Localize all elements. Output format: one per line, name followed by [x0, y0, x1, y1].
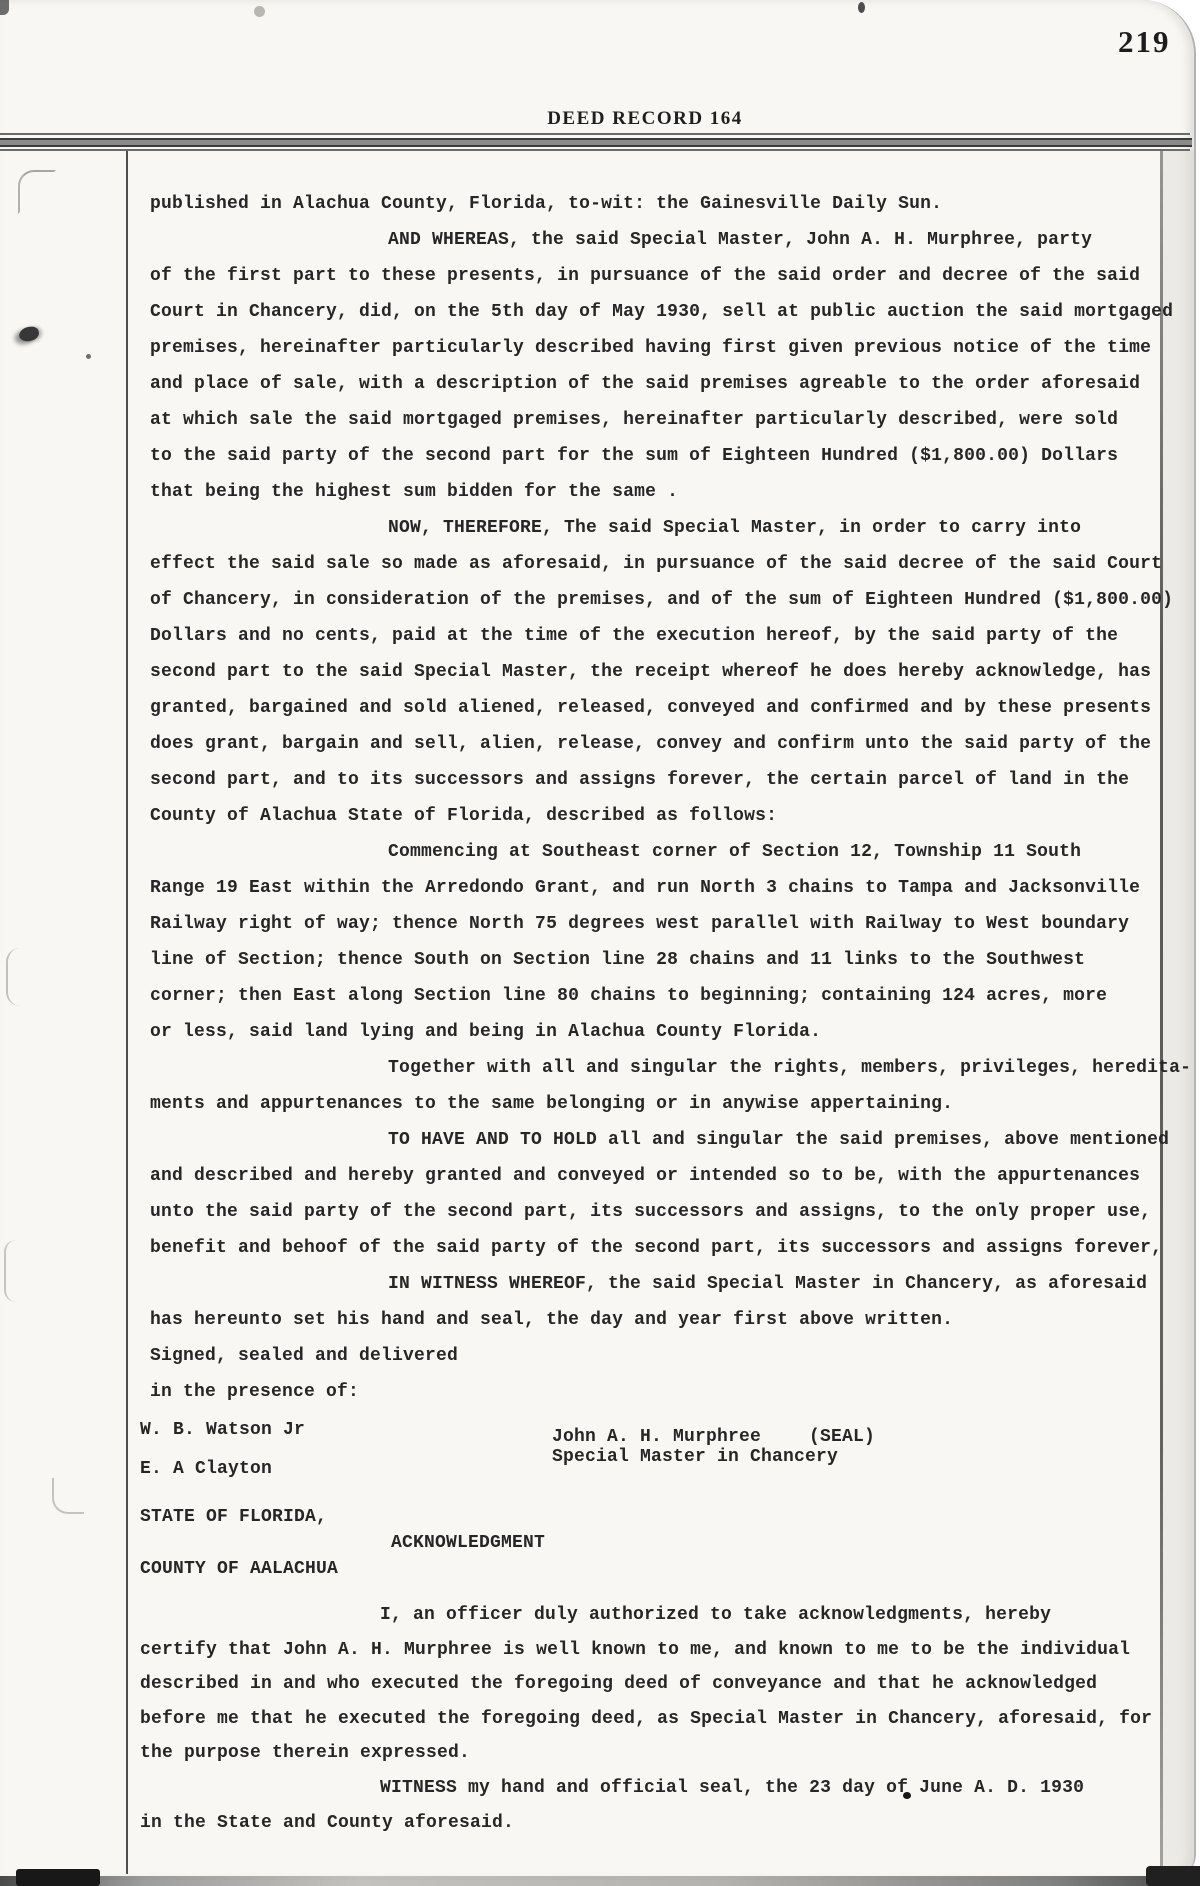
text-line: TO HAVE AND TO HOLD all and singular the… [150, 1122, 1190, 1158]
text-line: the purpose therein expressed. [140, 1736, 1190, 1771]
signer-signature-row: John A. H. Murphree(SEAL) [552, 1427, 875, 1447]
text-line: second part, and to its successors and a… [150, 762, 1190, 798]
text-line: IN WITNESS WHEREOF, the said Special Mas… [150, 1266, 1190, 1302]
text-line: Together with all and singular the right… [150, 1050, 1190, 1086]
text-line: AND WHEREAS, the said Special Master, Jo… [150, 222, 1190, 258]
document-body: published in Alachua County, Florida, to… [150, 186, 1190, 1840]
text-line: and place of sale, with a description of… [150, 366, 1190, 402]
text-line: to the said party of the second part for… [150, 438, 1190, 474]
text-line: I, an officer duly authorized to take ac… [140, 1598, 1190, 1633]
seal-label: (SEAL) [809, 1427, 875, 1447]
text-line: has hereunto set his hand and seal, the … [150, 1302, 1190, 1338]
text-line: Court in Chancery, did, on the 5th day o… [150, 294, 1190, 330]
signer-name: John A. H. Murphree [552, 1427, 761, 1447]
text-line: benefit and behoof of the said party of … [150, 1230, 1190, 1266]
text-line: of the first part to these presents, in … [150, 258, 1190, 294]
text-line: NOW, THEREFORE, The said Special Master,… [150, 510, 1190, 546]
text-line: line of Section; thence South on Section… [150, 942, 1190, 978]
text-line: corner; then East along Section line 80 … [150, 978, 1190, 1014]
text-line: or less, said land lying and being in Al… [150, 1014, 1190, 1050]
page-number: 219 [1118, 24, 1171, 60]
header-title: DEED RECORD 164 [95, 108, 1195, 130]
witness-signature-1: W. B. Watson Jr [140, 1418, 305, 1442]
signature-block: W. B. Watson Jr John A. H. Murphree(SEAL… [140, 1410, 1190, 1502]
text-line: granted, bargained and sold aliened, rel… [150, 690, 1190, 726]
state-line: STATE OF FLORIDA, [140, 1504, 1190, 1530]
text-line: described in and who executed the forego… [140, 1667, 1190, 1702]
county-line: COUNTY OF AALACHUA [140, 1556, 1190, 1582]
text-line: certify that John A. H. Murphree is well… [140, 1633, 1190, 1668]
text-line: WITNESS my hand and official seal, the 2… [140, 1771, 1190, 1806]
header-rule-top [0, 133, 1190, 135]
text-line: in the State and County aforesaid. [140, 1806, 1190, 1841]
text-line: Dollars and no cents, paid at the time o… [150, 618, 1190, 654]
text-line: of Chancery, in consideration of the pre… [150, 582, 1190, 618]
text-line: unto the said party of the second part, … [150, 1194, 1190, 1230]
acknowledgment-header: STATE OF FLORIDA, ACKNOWLEDGMENT COUNTY … [140, 1504, 1190, 1582]
acknowledgment-paragraph-lines: I, an officer duly authorized to take ac… [140, 1598, 1190, 1840]
text-line: and described and hereby granted and con… [150, 1158, 1190, 1194]
text-line: ments and appurtenances to the same belo… [150, 1086, 1190, 1122]
text-line: effect the said sale so made as aforesai… [150, 546, 1190, 582]
text-line: Commencing at Southeast corner of Sectio… [150, 834, 1190, 870]
text-line: Range 19 East within the Arredondo Grant… [150, 870, 1190, 906]
header-rule-thick [0, 138, 1192, 147]
text-line: before me that he executed the foregoing… [140, 1702, 1190, 1737]
text-line: that being the highest sum bidden for th… [150, 474, 1190, 510]
text-line: Railway right of way; thence North 75 de… [150, 906, 1190, 942]
witness-signature-2: E. A Clayton [140, 1457, 272, 1481]
text-line: published in Alachua County, Florida, to… [150, 186, 1190, 222]
text-line: Signed, sealed and delivered [150, 1338, 1190, 1374]
deed-record-page: 219 DEED RECORD 164 published in Alachua… [0, 0, 1200, 1886]
text-line: County of Alachua State of Florida, desc… [150, 798, 1190, 834]
deed-paragraph-lines: published in Alachua County, Florida, to… [150, 186, 1190, 1410]
header-rule-bottom [0, 149, 1190, 151]
text-line: does grant, bargain and sell, alien, rel… [150, 726, 1190, 762]
text-line: premises, hereinafter particularly descr… [150, 330, 1190, 366]
acknowledgment-heading: ACKNOWLEDGMENT [140, 1530, 1190, 1556]
signer-title: Special Master in Chancery [552, 1447, 838, 1467]
text-line: second part to the said Special Master, … [150, 654, 1190, 690]
text-line: at which sale the said mortgaged premise… [150, 402, 1190, 438]
left-margin-rule [126, 151, 128, 1874]
text-line: in the presence of: [150, 1374, 1190, 1410]
